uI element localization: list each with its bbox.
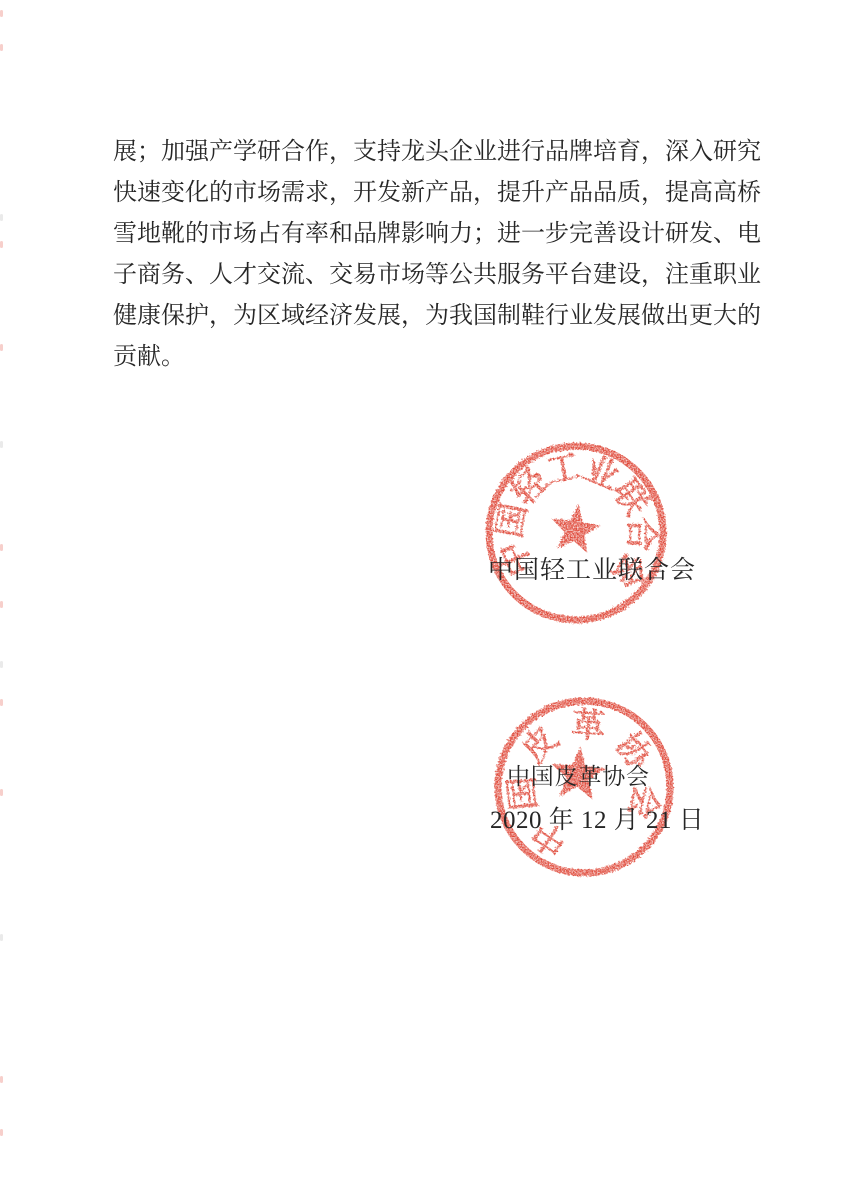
paragraph-line: 健康保护，为区域经济发展，为我国制鞋行业发展做出更大的 [113,296,737,337]
edge-mark [0,789,3,796]
paragraph-line: 展；加强产学研合作，支持龙头企业进行品牌培育，深入研究 [113,132,737,173]
official-seal-light-industry: 中 国 轻 工 业 联 合 会 [476,433,676,633]
seal-ring-char: 轻 [504,461,556,513]
edge-mark [0,214,3,221]
edge-mark [0,661,3,668]
edge-mark [0,1129,3,1136]
seal-ring-border [489,446,663,620]
seal-ring-char: 国 [490,500,534,541]
edge-mark [0,1076,3,1083]
edge-mark [0,441,3,448]
document-page: 展；加强产学研合作，支持龙头企业进行品牌培育，深入研究 快速变化的市场需求，开发… [0,0,848,1200]
edge-mark [0,10,3,17]
edge-mark [0,344,3,351]
paragraph-line: 快速变化的市场需求，开发新产品，提升产品品质，提高高桥 [113,173,737,214]
paragraph-line: 雪地靴的市场占有率和品牌影响力；进一步完善设计研发、电 [113,214,737,255]
seal-ring-char: 工 [543,448,583,491]
star-icon [552,504,601,553]
edge-mark [0,699,3,706]
body-paragraph: 展；加强产学研合作，支持龙头企业进行品牌培育，深入研究 快速变化的市场需求，开发… [113,132,737,378]
edge-mark [0,601,3,608]
edge-mark [0,934,3,941]
edge-mark [0,544,3,551]
signature-org-leather-association: 中国皮革协会 [507,758,650,791]
seal-ring-char: 业 [578,450,624,497]
signature-date: 2020 年 12 月 21 日 [490,800,704,836]
paragraph-line: 子商务、人才交流、交易市场等公共服务平台建设，注重职业 [113,255,737,296]
seal-ring-char: 联 [605,473,655,522]
edge-mark [0,44,3,51]
edge-mark [0,241,3,248]
paragraph-line: 贡献。 [113,337,737,378]
seal-ring-char: 合 [622,517,661,552]
seal-ring-char: 革 [570,706,607,746]
signature-org-light-industry: 中国轻工业联合会 [488,550,696,586]
scan-edge-artifacts [0,0,6,1200]
